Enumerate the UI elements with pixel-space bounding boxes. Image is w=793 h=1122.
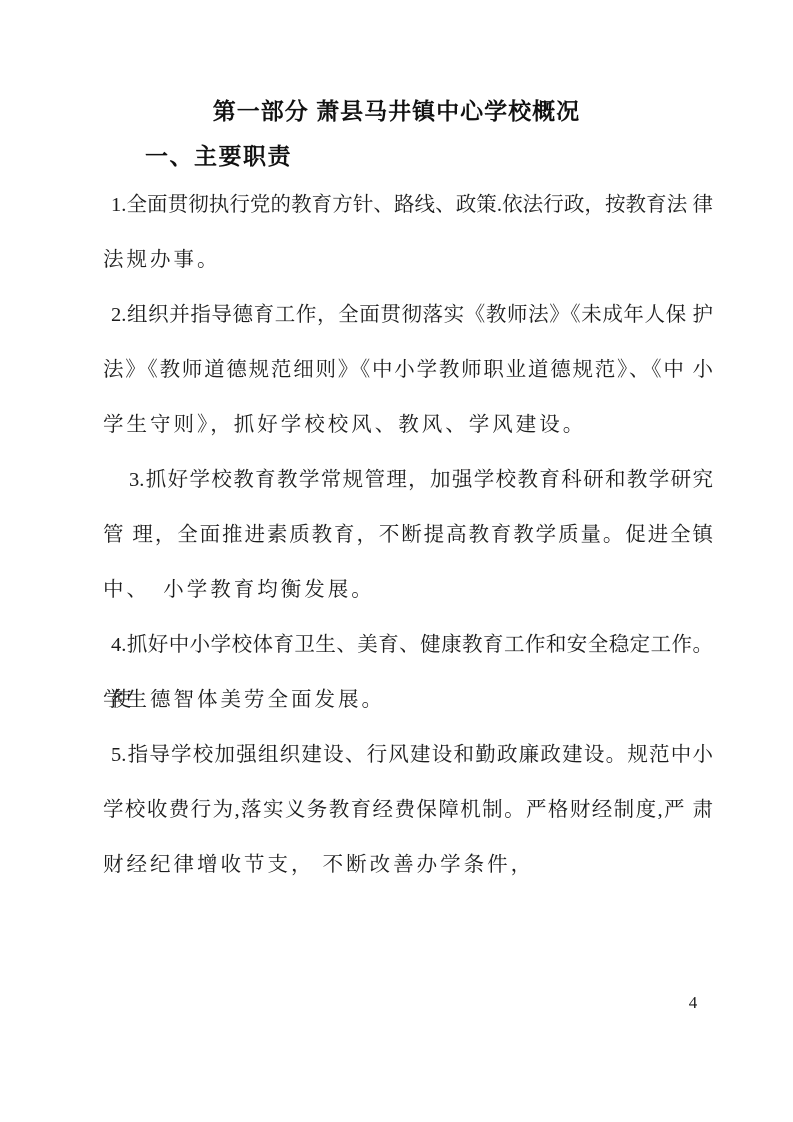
page-number: 4 [663, 993, 723, 1013]
body-line: 学生德智体美劳全面发展。 [103, 673, 713, 728]
document-page: 第一部分 萧县马井镇中心学校概况 一、主要职责 1.全面贯彻执行党的教育方针、路… [0, 0, 793, 1122]
body-line: 2.组织并指导德育工作，全面贯彻落实《教师法》《未成年人保 护 [103, 288, 713, 343]
body-line: 3.抓好学校教育教学常规管理，加强学校教育科研和教学研究 [103, 453, 713, 508]
body-line: 中、 小学教育均衡发展。 [103, 563, 713, 618]
body-line: 5.指导学校加强组织建设、行风建设和勤政廉政建设。规范中小 [103, 728, 713, 783]
body-line: 学校收费行为,落实义务教育经费保障机制。严格财经制度,严 肃 [103, 783, 713, 838]
body-line: 学生守则》，抓好学校校风、教风、学风建设。 [103, 398, 713, 453]
body-line: 法》《教师道德规范细则》《中小学教师职业道德规范》、《中 小 [103, 343, 713, 398]
body-line: 1.全面贯彻执行党的教育方针、路线、政策.依法行政，按教育法 律 [103, 178, 713, 233]
section-heading: 一、主要职责 [145, 138, 292, 171]
body-line: 法规办事。 [103, 233, 713, 288]
body-line: 财经纪律增收节支， 不断改善办学条件， [103, 838, 713, 893]
document-body: 1.全面贯彻执行党的教育方针、路线、政策.依法行政，按教育法 律 法规办事。 2… [103, 178, 713, 893]
document-title: 第一部分 萧县马井镇中心学校概况 [0, 93, 793, 126]
body-line: 4.抓好中小学校体育卫生、美育、健康教育工作和安全稳定工作。使 [103, 618, 713, 673]
body-line: 管 理，全面推进素质教育，不断提高教育教学质量。促进全镇 [103, 508, 713, 563]
